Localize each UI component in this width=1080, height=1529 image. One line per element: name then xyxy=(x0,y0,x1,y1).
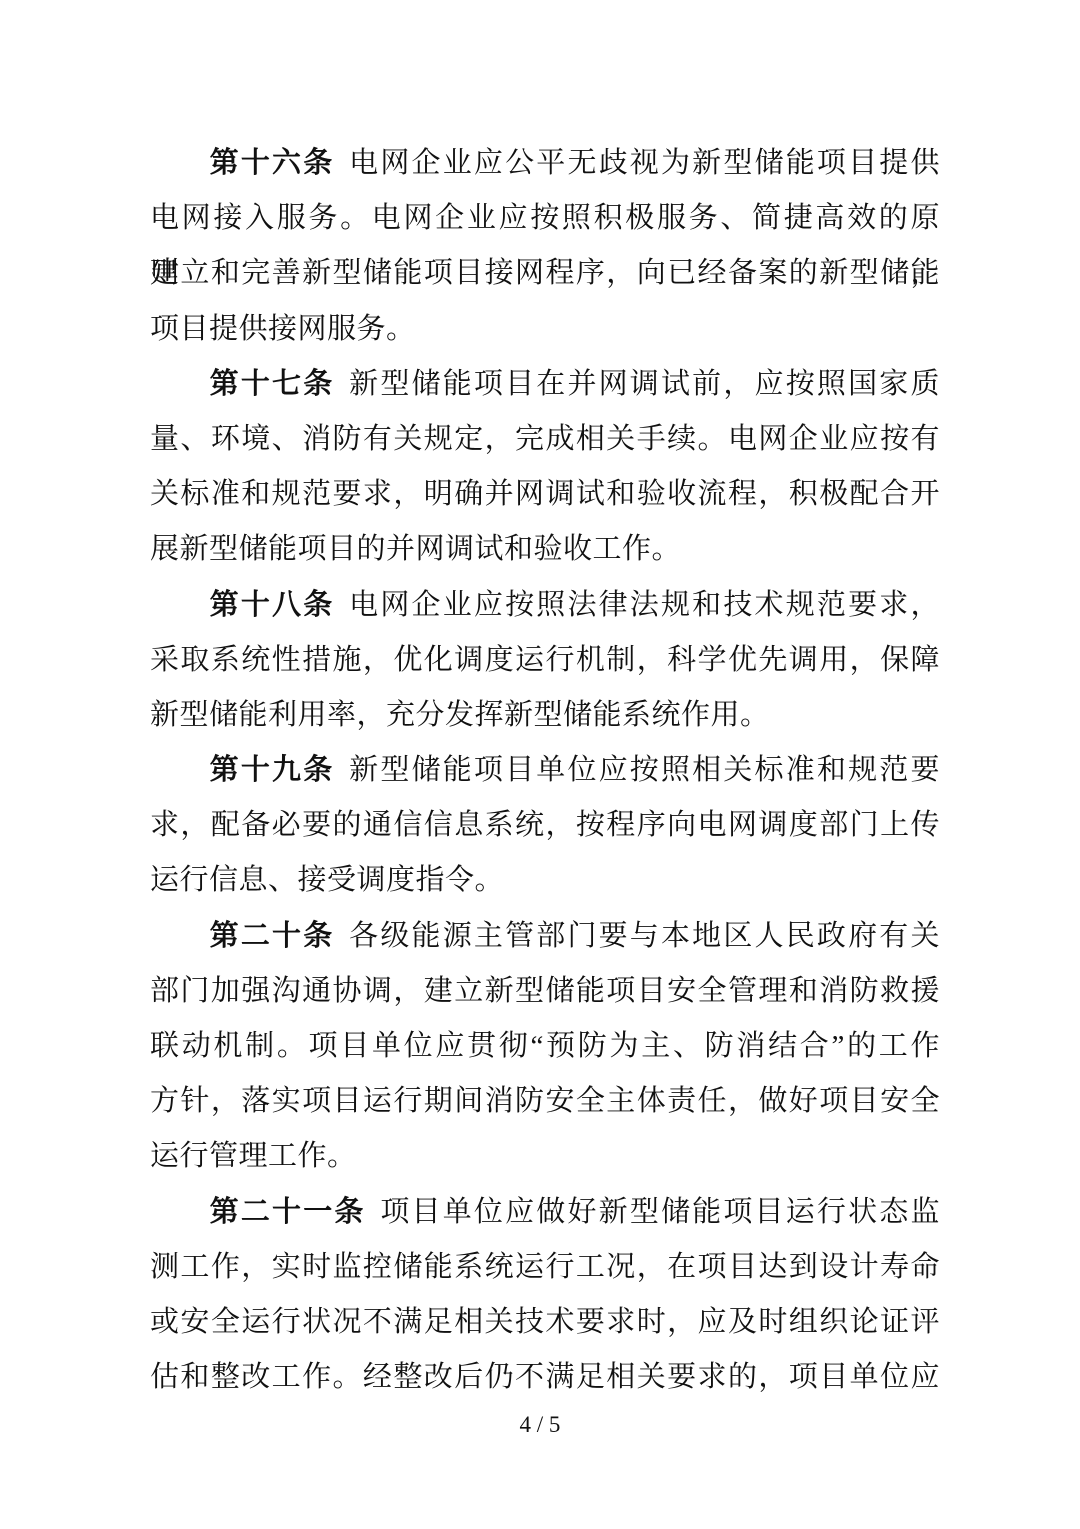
text-line: 估和整改工作。经整改后仍不满足相关要求的，项目单位应 xyxy=(150,1350,940,1405)
paragraph-article-21: 第二十一条项目单位应做好新型储能项目运行状态监 测工作，实时监控储能系统运行工况… xyxy=(150,1185,940,1406)
text-line: 第二十条各级能源主管部门要与本地区人民政府有关 xyxy=(150,909,940,964)
text-line: 第十八条电网企业应按照法律法规和技术规范要求， xyxy=(150,578,940,633)
page-number: 4 / 5 xyxy=(520,1412,561,1437)
body-text: 第十六条电网企业应公平无歧视为新型储能项目提供 电网接入服务。电网企业应按照积极… xyxy=(150,136,940,1405)
text-line: 方针，落实项目运行期间消防安全主体责任，做好项目安全 xyxy=(150,1074,940,1129)
page-footer: 4 / 5 xyxy=(0,1412,1080,1438)
text-line: 求，配备必要的通信信息系统，按程序向电网调度部门上传 xyxy=(150,798,940,853)
text-line: 第二十一条项目单位应做好新型储能项目运行状态监 xyxy=(150,1185,940,1240)
article-number: 第十八条 xyxy=(208,589,334,621)
text-line: 部门加强沟通协调，建立新型储能项目安全管理和消防救援 xyxy=(150,964,940,1019)
article-number: 第十六条 xyxy=(208,147,334,179)
text-line: 关标准和规范要求，明确并网调试和验收流程，积极配合开 xyxy=(150,467,940,522)
text-run: 电网企业应按照法律法规和技术规范要求， xyxy=(347,589,940,621)
text-line: 联动机制。项目单位应贯彻“预防为主、防消结合”的工作 xyxy=(150,1019,940,1074)
text-run: 各级能源主管部门要与本地区人民政府有关 xyxy=(347,920,940,952)
text-line: 测工作，实时监控储能系统运行工况，在项目达到设计寿命 xyxy=(150,1240,940,1295)
text-line: 展新型储能项目的并网调试和验收工作。 xyxy=(150,522,940,577)
paragraph-article-20: 第二十条各级能源主管部门要与本地区人民政府有关 部门加强沟通协调，建立新型储能项… xyxy=(150,909,940,1185)
text-line: 运行信息、接受调度指令。 xyxy=(150,853,940,908)
text-line: 第十七条新型储能项目在并网调试前，应按照国家质 xyxy=(150,357,940,412)
article-number: 第二十条 xyxy=(208,920,334,952)
text-line: 采取系统性措施，优化调度运行机制，科学优先调用，保障 xyxy=(150,633,940,688)
paragraph-article-18: 第十八条电网企业应按照法律法规和技术规范要求， 采取系统性措施，优化调度运行机制… xyxy=(150,578,940,744)
article-number: 第二十一条 xyxy=(208,1196,366,1228)
text-line: 量、环境、消防有关规定，完成相关手续。电网企业应按有 xyxy=(150,412,940,467)
text-line: 项目提供接网服务。 xyxy=(150,302,940,357)
text-run: 电网企业应公平无歧视为新型储能项目提供 xyxy=(347,147,940,179)
text-run: 新型储能项目在并网调试前，应按照国家质 xyxy=(347,368,940,400)
text-line: 第十九条新型储能项目单位应按照相关标准和规范要 xyxy=(150,743,940,798)
text-line: 或安全运行状况不满足相关技术要求时，应及时组织论证评 xyxy=(150,1295,940,1350)
text-line: 电网接入服务。电网企业应按照积极服务、简捷高效的原则， xyxy=(150,191,940,246)
paragraph-article-17: 第十七条新型储能项目在并网调试前，应按照国家质 量、环境、消防有关规定，完成相关… xyxy=(150,357,940,578)
text-line: 第十六条电网企业应公平无歧视为新型储能项目提供 xyxy=(150,136,940,191)
text-run: 项目单位应做好新型储能项目运行状态监 xyxy=(379,1196,940,1228)
paragraph-article-16: 第十六条电网企业应公平无歧视为新型储能项目提供 电网接入服务。电网企业应按照积极… xyxy=(150,136,940,357)
text-run: 新型储能项目单位应按照相关标准和规范要 xyxy=(347,754,940,786)
document-page: 第十六条电网企业应公平无歧视为新型储能项目提供 电网接入服务。电网企业应按照积极… xyxy=(0,0,1080,1529)
text-line: 运行管理工作。 xyxy=(150,1129,940,1184)
text-line: 建立和完善新型储能项目接网程序，向已经备案的新型储能 xyxy=(150,246,940,301)
paragraph-article-19: 第十九条新型储能项目单位应按照相关标准和规范要 求，配备必要的通信信息系统，按程… xyxy=(150,743,940,909)
text-line: 新型储能利用率，充分发挥新型储能系统作用。 xyxy=(150,688,940,743)
article-number: 第十七条 xyxy=(208,368,334,400)
article-number: 第十九条 xyxy=(208,754,334,786)
